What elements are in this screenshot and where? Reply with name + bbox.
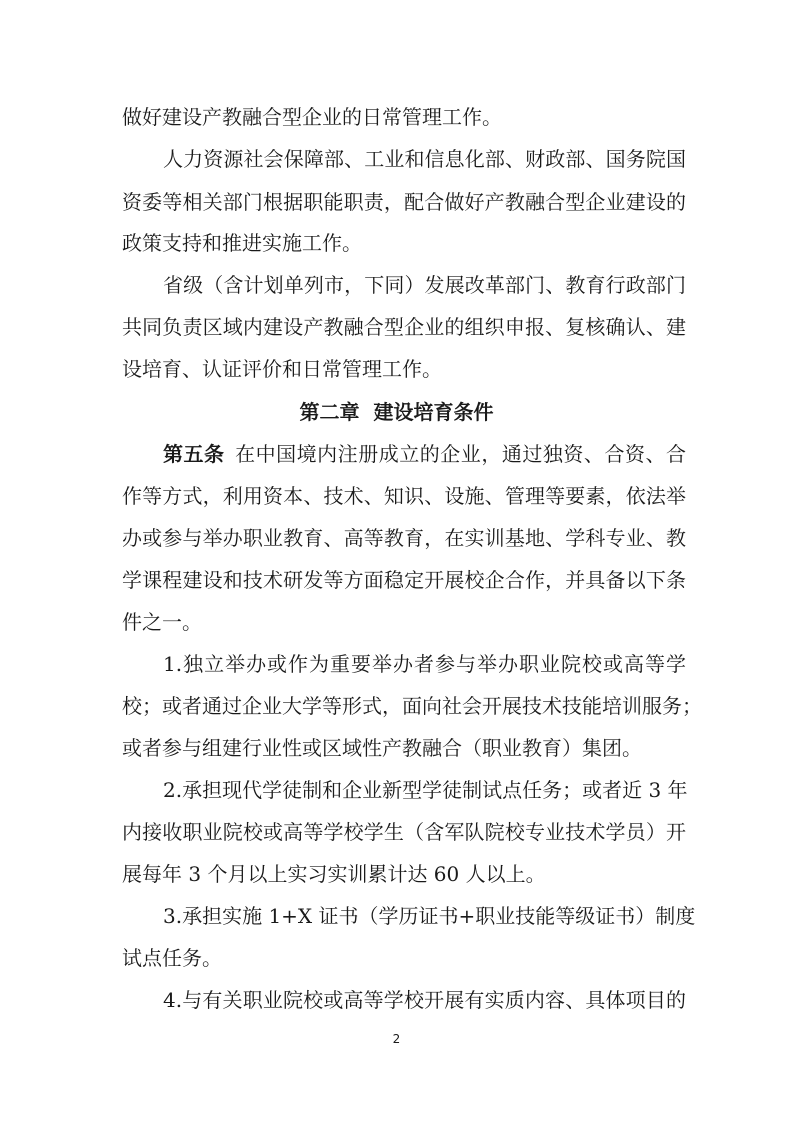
list-item-line: 展每年 3 个月以上实习实训累计达 60 人以上。 <box>122 853 686 895</box>
paragraph-line: 资委等相关部门根据职能职责，配合做好产教融合型企业建设的 <box>122 181 686 223</box>
chapter-title: 建设培育条件 <box>374 400 494 424</box>
article-text: 在中国境内注册成立的企业，通过独资、合资、合 <box>235 442 686 466</box>
chapter-number: 第二章 <box>300 400 360 424</box>
paragraph-line: 人力资源社会保障部、工业和信息化部、财政部、国务院国 <box>163 138 686 180</box>
list-item-line: 3.承担实施 1+X 证书（学历证书+职业技能等级证书）制度 <box>163 895 686 937</box>
list-item-line: 2.承担现代学徒制和企业新型学徒制试点任务；或者近 3 年 <box>163 769 686 811</box>
article-label: 第五条 <box>163 442 225 466</box>
list-item-line: 内接收职业院校或高等学校学生（含军队院校专业技术学员）开 <box>122 811 686 853</box>
list-item-line: 1.独立举办或作为重要举办者参与举办职业院校或高等学 <box>163 643 686 685</box>
list-item-line: 校；或者通过企业大学等形式，面向社会开展技术技能培训服务； <box>122 685 686 727</box>
paragraph-line: 做好建设产教融合型企业的日常管理工作。 <box>122 96 686 138</box>
paragraph-line: 设培育、认证评价和日常管理工作。 <box>122 348 686 390</box>
chapter-heading: 第二章建设培育条件 <box>0 391 793 433</box>
list-item-line: 4.与有关职业院校或高等学校开展有实质内容、具体项目的 <box>163 979 686 1021</box>
paragraph-line: 共同负责区域内建设产教融合型企业的组织申报、复核确认、建 <box>122 306 686 348</box>
article-line: 办或参与举办职业教育、高等教育，在实训基地、学科专业、教 <box>122 517 686 559</box>
article-line: 作等方式，利用资本、技术、知识、设施、管理等要素，依法举 <box>122 475 686 517</box>
list-item-line: 或者参与组建行业性或区域性产教融合（职业教育）集团。 <box>122 727 686 769</box>
page-number: 2 <box>0 1032 793 1046</box>
article-line: 学课程建设和技术研发等方面稳定开展校企合作，并具备以下条 <box>122 559 686 601</box>
paragraph-line: 省级（含计划单列市，下同）发展改革部门、教育行政部门 <box>163 264 686 306</box>
list-item-line: 试点任务。 <box>122 937 686 979</box>
article-line: 第五条 在中国境内注册成立的企业，通过独资、合资、合 <box>163 433 686 475</box>
article-line: 件之一。 <box>122 601 686 643</box>
paragraph-line: 政策支持和推进实施工作。 <box>122 222 686 264</box>
document-page: 做好建设产教融合型企业的日常管理工作。 人力资源社会保障部、工业和信息化部、财政… <box>0 0 793 1122</box>
